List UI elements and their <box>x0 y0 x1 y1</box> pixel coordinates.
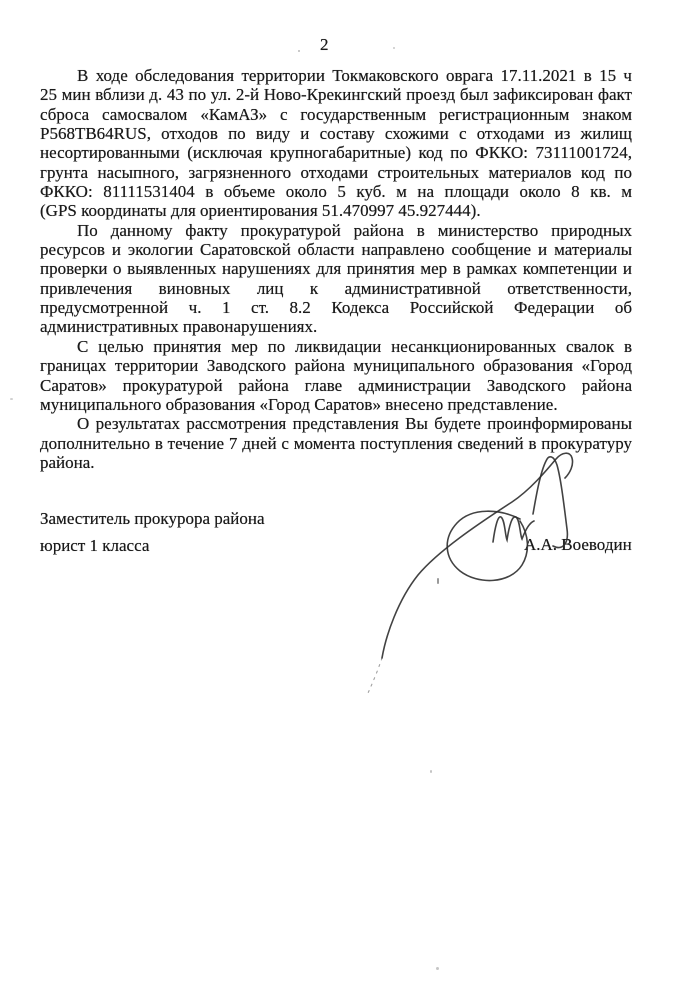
scan-speck <box>393 47 395 49</box>
text-line: предусмотренной ч. 1 ст. 8.2 Кодекса Рос… <box>40 298 632 317</box>
text-line: По данному факту прокуратурой района в м… <box>40 221 632 240</box>
text-line: административных правонарушениях. <box>40 317 632 336</box>
scan-speck <box>436 967 439 970</box>
text-line: ФККО: 81111531404 в объеме около 5 куб. … <box>40 182 632 201</box>
signatory-name: А.А. Воеводин <box>524 535 632 554</box>
text-line: 25 мин вблизи д. 43 по ул. 2-й Ново-Крек… <box>40 85 632 104</box>
paragraph-2: По данному факту прокуратурой района в м… <box>40 221 632 337</box>
text-line: В ходе обследования территории Токмаковс… <box>40 66 632 85</box>
handwritten-signature-icon <box>360 445 650 695</box>
scan-speck <box>298 50 300 52</box>
text-line: (GPS координаты для ориентирования 51.47… <box>40 201 632 220</box>
signatory-title-line2: юрист 1 класса <box>40 536 149 555</box>
scan-speck <box>437 578 439 584</box>
text-line: привлечения виновных лиц к административ… <box>40 279 632 298</box>
paragraph-3: С целью принятия мер по ликвидации несан… <box>40 337 632 414</box>
text-line: района. <box>40 453 632 472</box>
text-line: сброса самосвалом «КамАЗ» с государствен… <box>40 105 632 124</box>
text-line: муниципального образования «Город Сарато… <box>40 395 632 414</box>
text-line: несортированными (исключая крупногабарит… <box>40 143 632 162</box>
text-line: дополнительно в течение 7 дней с момента… <box>40 434 632 453</box>
scan-speck <box>430 770 432 773</box>
paragraph-4: О результатах рассмотрения представления… <box>40 414 632 472</box>
document-body: В ходе обследования территории Токмаковс… <box>40 66 632 472</box>
page-number: 2 <box>320 35 329 54</box>
text-line: ресурсов и экологии Саратовской области … <box>40 240 632 259</box>
text-line: Саратов» прокуратурой района главе админ… <box>40 376 632 395</box>
text-line: проверки о выявленных нарушениях для при… <box>40 259 632 278</box>
document-page: 2 В ходе обследования территории Токмако… <box>0 0 700 998</box>
text-line: границах территории Заводского района му… <box>40 356 632 375</box>
text-line: Р568ТВ64RUS, отходов по виду и составу с… <box>40 124 632 143</box>
scan-speck <box>10 398 13 400</box>
paragraph-1: В ходе обследования территории Токмаковс… <box>40 66 632 221</box>
text-line: грунта насыпного, загрязненного отходами… <box>40 163 632 182</box>
text-line: О результатах рассмотрения представления… <box>40 414 632 433</box>
text-line: С целью принятия мер по ликвидации несан… <box>40 337 632 356</box>
signatory-title-line1: Заместитель прокурора района <box>40 509 265 528</box>
